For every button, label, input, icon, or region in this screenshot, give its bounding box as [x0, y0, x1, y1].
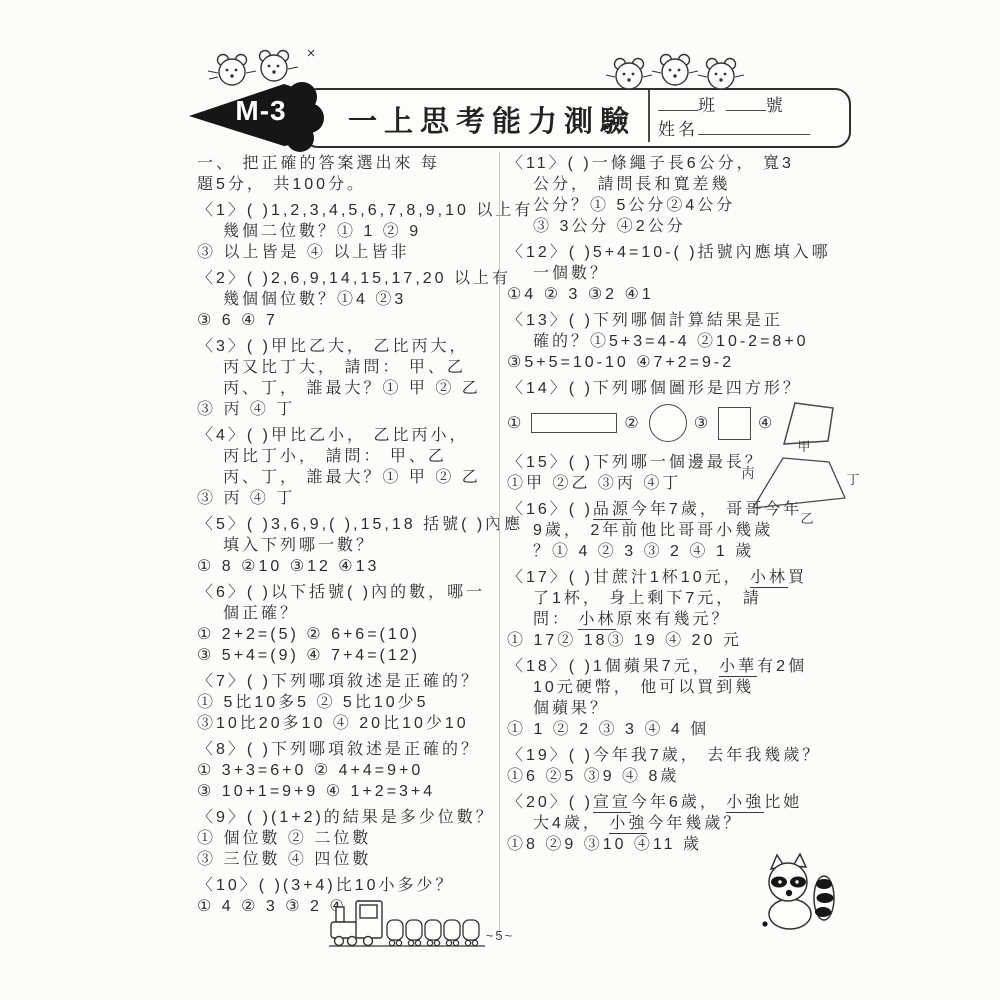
three-mice-illustration — [603, 46, 755, 104]
question-8: 〈8〉( )下列哪項敘述是正確的？① 3+3=6+0 ② 4+4=9+0③ 10… — [197, 739, 499, 802]
question-line: 〈11〉( )一條繩子長6公分， 寬3 — [507, 153, 857, 174]
question-line: 題5分， 共100分。 — [197, 174, 499, 195]
question-6: 〈6〉( )以下括號( )內的數，哪一個正確？① 2+2=(5) ② 6+6=(… — [197, 582, 499, 666]
question-7: 〈7〉( )下列哪項敘述是正確的？① 5比10多5 ② 5比10少5③10比20… — [197, 671, 499, 734]
question-line: 〈18〉( )1個蘋果7元， 小華有2個 — [507, 656, 857, 677]
trapezoid-figure: 甲丁乙丙 — [741, 436, 861, 528]
question-line: 〈12〉( )5+4=10-( )括號內應填入哪 — [507, 242, 857, 263]
question-line: 〈8〉( )下列哪項敘述是正確的？ — [197, 739, 499, 760]
question-line: 公分？① 5公分②4公分 — [507, 195, 857, 216]
text-segment: 有2個 — [757, 658, 807, 675]
text-segment: 比她 — [764, 794, 802, 811]
question-line: 〈1〉( )1,2,3,4,5,6,7,8,9,10 以上有 — [197, 200, 499, 221]
name-label: 姓名 — [658, 120, 698, 139]
question-line: ？① 4 ② 3 ③ 2 ④ 1 歲 — [507, 541, 857, 562]
underlined-name: 宣宣 — [593, 794, 631, 813]
left-column: 一、 把正確的答案選出來 每題5分， 共100分。〈1〉( )1,2,3,4,5… — [197, 153, 499, 922]
question-line: 確的？①5+3=4-4 ②10-2=8+0 — [507, 331, 857, 352]
circle-shape — [649, 404, 687, 442]
underlined-name: 小強 — [609, 815, 647, 834]
underlined-name: 品源 — [593, 501, 631, 520]
worksheet-page: M-3 一上思考能力測驗 班 號 姓名 — [0, 0, 1000, 1000]
trapezoid-label-left: 丙 — [741, 466, 754, 481]
number-label: 號 — [766, 96, 786, 115]
question-line: 〈7〉( )下列哪項敘述是正確的？ — [197, 671, 499, 692]
trapezoid-label-bottom: 乙 — [800, 511, 813, 526]
underlined-name: 小強 — [726, 794, 764, 813]
question-line: 了1杯， 身上剩下7元， 請 — [507, 588, 857, 609]
text-segment: 〈20〉( ) — [507, 794, 593, 811]
rect-shape — [531, 413, 617, 433]
question-11: 〈11〉( )一條繩子長6公分， 寬3公分， 請問長和寬差幾公分？① 5公分②4… — [507, 153, 857, 237]
question-line: ① 1 ② 2 ③ 3 ④ 4 個 — [507, 719, 857, 740]
question-line: ① 17② 18③ 19 ④ 20 元 — [507, 630, 857, 651]
question-line: 幾個個位數？①4 ②3 — [197, 289, 499, 310]
question-13: 〈13〉( )下列哪個計算結果是正確的？①5+3=4-4 ②10-2=8+0③5… — [507, 310, 857, 373]
question-line: 〈20〉( )宣宣今年6歲， 小強比她 — [507, 792, 857, 813]
question-line: ①4 ② 3 ③2 ④1 — [507, 284, 857, 305]
question-line: 一個數？ — [507, 263, 857, 284]
question-line: 丙又比丁大， 請問： 甲、乙 — [197, 357, 499, 378]
question-line: ③ 5+4=(9) ④ 7+4=(12) — [197, 645, 499, 666]
right-column: 〈11〉( )一條繩子長6公分， 寬3公分， 請問長和寬差幾公分？① 5公分②4… — [507, 153, 857, 860]
question-line: 〈10〉( )(3+4)比10小多少？ — [197, 875, 499, 896]
question-line: ③5+5=10-10 ④7+2=9-2 — [507, 352, 857, 373]
question-line: 〈19〉( )今年我7歲， 去年我幾歲？ — [507, 745, 857, 766]
question-line: 〈9〉( )(1+2)的結果是多少位數？ — [197, 807, 499, 828]
question-line: 〈14〉( )下列哪個圖形是四方形？ — [507, 378, 857, 399]
question-line: 幾個二位數？① 1 ② 9 — [197, 221, 499, 242]
question-line: ① 3+3=6+0 ② 4+4=9+0 — [197, 760, 499, 781]
question-3: 〈3〉( )甲比乙大， 乙比丙大，丙又比丁大， 請問： 甲、乙丙、丁， 誰最大？… — [197, 336, 499, 420]
question-line: 個正確？ — [197, 603, 499, 624]
question-line: 〈2〉( )2,6,9,14,15,17,20 以上有 — [197, 268, 499, 289]
question-line: 〈4〉( )甲比乙小， 乙比丙小， — [197, 425, 499, 446]
question-line: 一、 把正確的答案選出來 每 — [197, 153, 499, 174]
text-segment: 今年6歲， — [631, 794, 726, 811]
question-line: ③ 丙 ④ 丁 — [197, 488, 499, 509]
question-line: ③10比20多10 ④ 20比10少10 — [197, 713, 499, 734]
trapezoid-label-top: 甲 — [797, 439, 810, 454]
question-1: 〈1〉( )1,2,3,4,5,6,7,8,9,10 以上有幾個二位數？① 1 … — [197, 200, 499, 263]
question-line: ③ 3公分 ④2公分 — [507, 216, 857, 237]
question-line: 丙、丁， 誰最大？① 甲 ② 乙 — [197, 467, 499, 488]
question-line: ①6 ②5 ③9 ④ 8歲 — [507, 766, 857, 787]
name-blank[interactable] — [698, 119, 810, 135]
question-line: ① 2+2=(5) ② 6+6=(10) — [197, 624, 499, 645]
question-5: 〈5〉( )3,6,9,( ),15,18 括號( )內應填入下列哪一數？① 8… — [197, 514, 499, 577]
text-segment: 原來有幾元？ — [616, 611, 730, 628]
question-line: 〈5〉( )3,6,9,( ),15,18 括號( )內應 — [197, 514, 499, 535]
question-4: 〈4〉( )甲比乙小， 乙比丙小，丙比丁小， 請問： 甲、乙丙、丁， 誰最大？①… — [197, 425, 499, 509]
question-line: 公分， 請問長和寬差幾 — [507, 174, 857, 195]
question-line: 〈13〉( )下列哪個計算結果是正 — [507, 310, 857, 331]
text-segment: 大4歲， — [533, 815, 609, 832]
question-line: 填入下列哪一數？ — [197, 535, 499, 556]
text-segment: 問： — [533, 611, 578, 628]
question-line: 丙、丁， 誰最大？① 甲 ② 乙 — [197, 378, 499, 399]
question-line: 〈17〉( )甘蔗汁1杯10元， 小林買 — [507, 567, 857, 588]
name-line: 姓名 — [658, 118, 840, 142]
train-illustration — [327, 896, 487, 952]
question-17: 〈17〉( )甘蔗汁1杯10元， 小林買了1杯， 身上剩下7元， 請問： 小林原… — [507, 567, 857, 651]
question-line: 〈6〉( )以下括號( )內的數，哪一 — [197, 582, 499, 603]
raccoon-illustration — [752, 850, 840, 935]
question-line: 個蘋果？ — [507, 698, 857, 719]
column-divider — [499, 152, 500, 938]
question-line: 丙比丁小， 請問： 甲、乙 — [197, 446, 499, 467]
question-line: ① 個位數 ② 二位數 — [197, 828, 499, 849]
text-segment: 〈18〉( )1個蘋果7元， — [507, 658, 719, 675]
text-segment: 〈16〉( ) — [507, 501, 593, 518]
text-segment: 〈17〉( )甘蔗汁1杯10元， — [507, 569, 750, 586]
two-mice-illustration — [200, 40, 322, 102]
question-line: ③ 6 ④ 7 — [197, 310, 499, 331]
question-line: 10元硬幣， 他可以買到幾 — [507, 677, 857, 698]
question-2: 〈2〉( )2,6,9,14,15,17,20 以上有幾個個位數？①4 ②3③ … — [197, 268, 499, 331]
text-segment: 買 — [788, 569, 807, 586]
question-line: ① 5比10多5 ② 5比10少5 — [197, 692, 499, 713]
text-segment: ① — [507, 413, 524, 434]
underlined-name: 小林 — [750, 569, 788, 588]
question-19: 〈19〉( )今年我7歲， 去年我幾歲？①6 ②5 ③9 ④ 8歲 — [507, 745, 857, 787]
instructions: 一、 把正確的答案選出來 每題5分， 共100分。 — [197, 153, 499, 195]
question-15: 〈15〉( )下列哪一個邊最長？①甲 ②乙 ③丙 ④丁甲丁乙丙 — [507, 452, 857, 494]
question-line: ③ 10+1=9+9 ④ 1+2=3+4 — [197, 781, 499, 802]
trapezoid-label-right: 丁 — [846, 472, 859, 487]
text-segment: ③ — [694, 413, 711, 434]
question-18: 〈18〉( )1個蘋果7元， 小華有2個10元硬幣， 他可以買到幾個蘋果？① 1… — [507, 656, 857, 740]
text-segment: 今年幾歲？ — [647, 815, 742, 832]
page-number: ~5~ — [470, 928, 530, 943]
text-segment: ④ — [758, 413, 775, 434]
question-line: ③ 丙 ④ 丁 — [197, 399, 499, 420]
question-line: ③ 以上皆是 ④ 以上皆非 — [197, 242, 499, 263]
question-line: ③ 三位數 ④ 四位數 — [197, 849, 499, 870]
square-shape — [718, 407, 751, 440]
question-9: 〈9〉( )(1+2)的結果是多少位數？① 個位數 ② 二位數③ 三位數 ④ 四… — [197, 807, 499, 870]
text-segment: ② — [624, 413, 641, 434]
question-line: ① 8 ②10 ③12 ④13 — [197, 556, 499, 577]
question-12: 〈12〉( )5+4=10-( )括號內應填入哪一個數？①4 ② 3 ③2 ④1 — [507, 242, 857, 305]
underlined-name: 小林 — [578, 611, 616, 630]
question-20: 〈20〉( )宣宣今年6歲， 小強比她大4歲， 小強今年幾歲？①8 ②9 ③10… — [507, 792, 857, 855]
question-line: 〈3〉( )甲比乙大， 乙比丙大， — [197, 336, 499, 357]
underlined-name: 小華 — [719, 658, 757, 677]
page-title: 一上思考能力測驗 — [342, 99, 642, 140]
question-line: 問： 小林原來有幾元？ — [507, 609, 857, 630]
question-line: 大4歲， 小強今年幾歲？ — [507, 813, 857, 834]
